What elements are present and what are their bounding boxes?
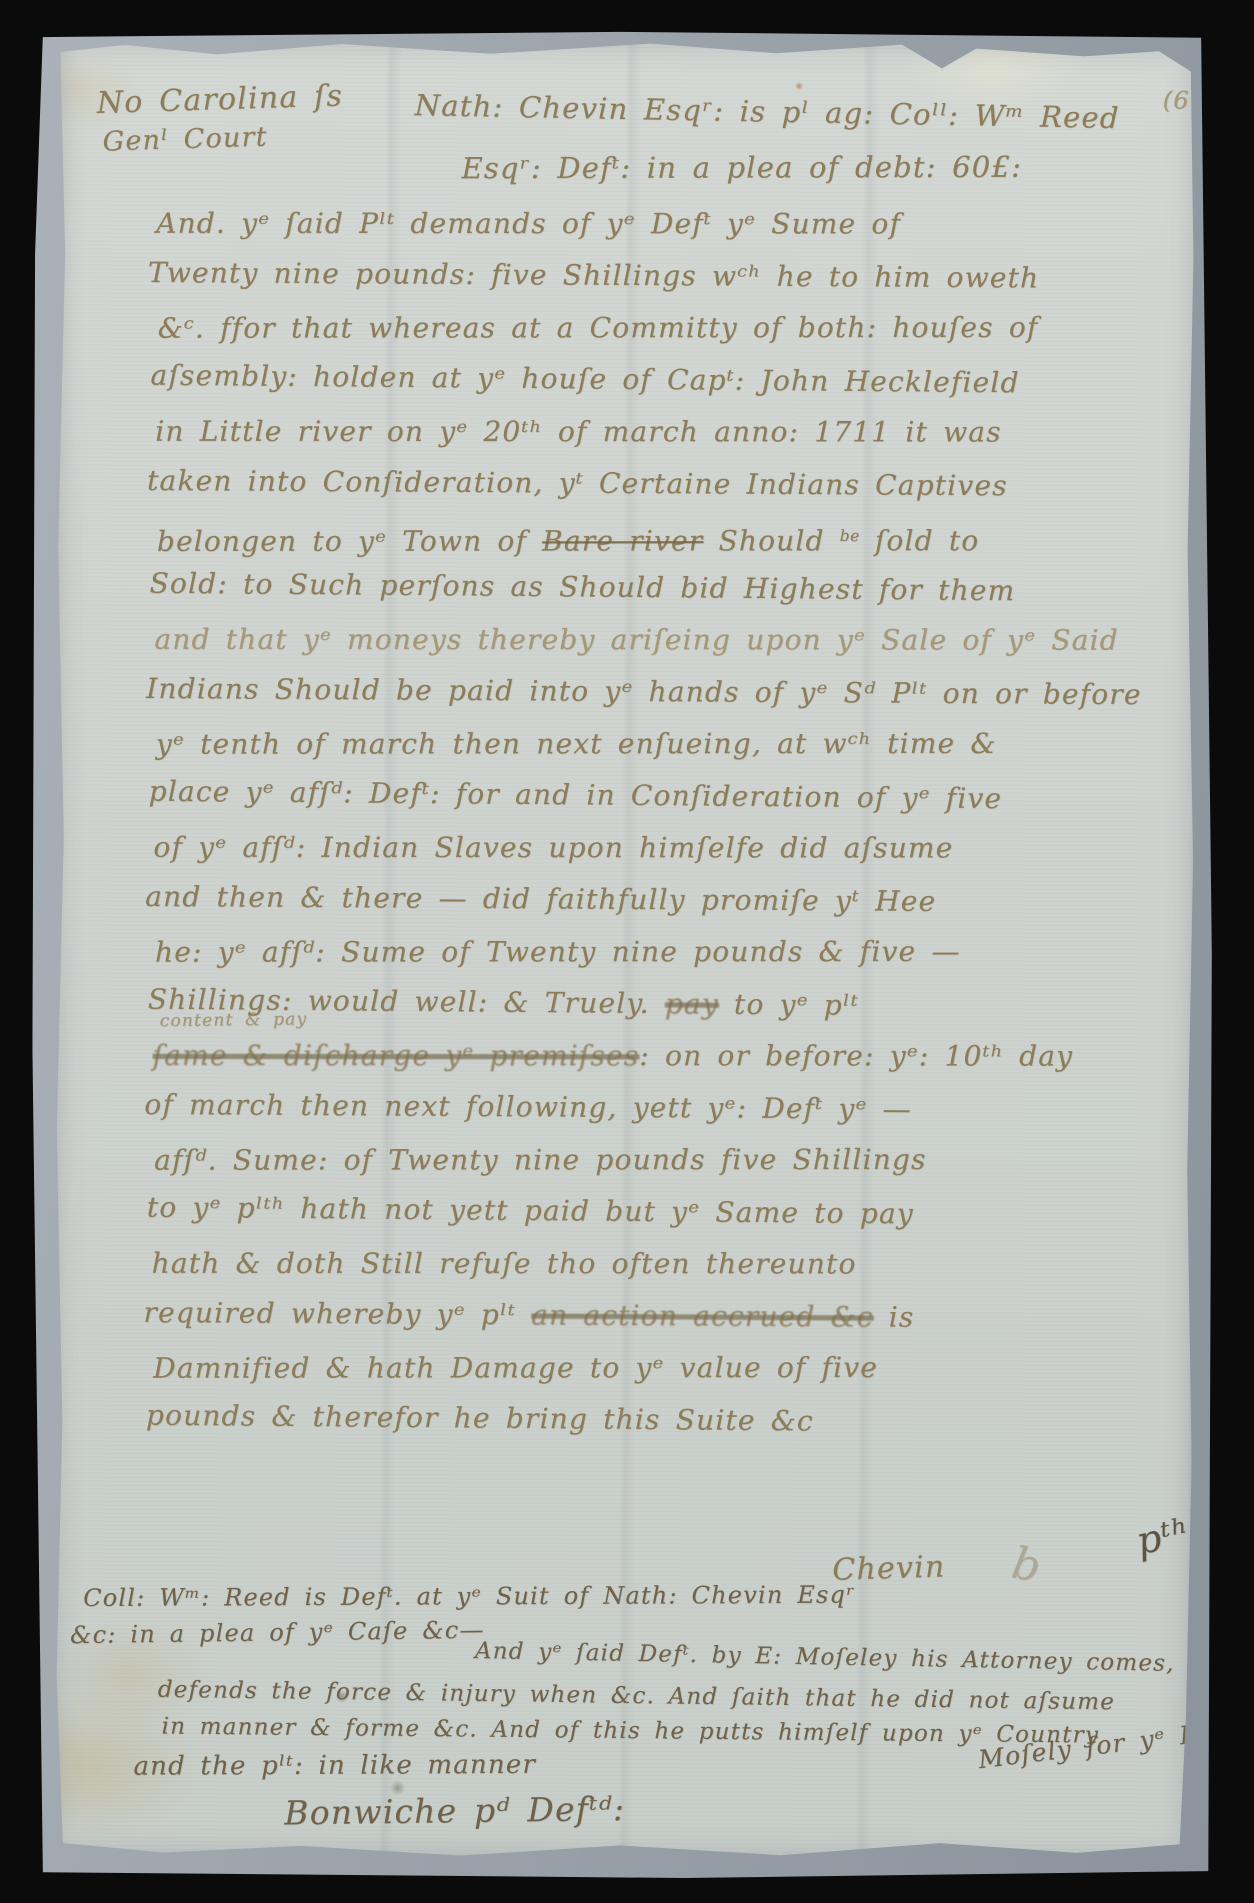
manuscript-line: of march then next following, yett yᵉ: D… [144,1079,1189,1137]
manuscript-text: Sold: to Such perſons as Should bid High… [149,567,1015,608]
manuscript-line: and that yᵉ moneys thereby ariſeing upon… [154,614,1199,667]
manuscript-line: Damnified & hath Damage to yᵉ value of f… [153,1342,1198,1395]
manuscript-text: required whereby yᵉ pˡᵗ [143,1296,531,1331]
manuscript-text: &ᶜ. ffor that whereas at a Committy of b… [158,311,1039,345]
manuscript-text: be [840,527,860,545]
manuscript-text: of yᵉ afſᵈ: Indian Slaves upon himſelfe … [153,831,953,865]
manuscript-text: afſᵈ. Sume: of Twenty nine pounds five S… [154,1143,927,1177]
docket-plea-line: &c: in a plea of yᵉ Caſe &c— [70,1616,485,1649]
manuscript-line: he: yᵉ afſᵈ: Sume of Twenty nine pounds … [155,926,1200,979]
struck-text: Bare river [542,524,703,557]
manuscript-text: is [873,1300,914,1333]
manuscript-text: of march then next following, yett yᵉ: D… [144,1088,912,1126]
manuscript-text: to yᵉ pˡᵗʰ hath not yett paid but yᵉ Sam… [147,1191,914,1231]
manuscript-text: And. yᵉ ſaid Pˡᵗ demands of yᵉ Defᵗ yᵉ S… [156,207,901,241]
manuscript-text: and that yᵉ moneys thereby ariſeing upon… [154,623,1118,657]
manuscript-text: Indians Should be paid into yᵉ hands of … [146,672,1142,711]
manuscript-text: in Little river on yᵉ 20ᵗʰ of march anno… [155,415,1002,449]
manuscript-text: : on or before: yᵉ: 10ᵗʰ day [639,1039,1073,1072]
header-court: Genˡ Court [102,122,268,158]
docket-defends-line: defends the force & injury when &c. And … [158,1677,1116,1716]
manuscript-line: in Little river on yᵉ 20ᵗʰ of march anno… [155,406,1200,459]
docket-answer-line: And yᵉ ſaid Defᵗ. by E: Moſeley his Atto… [475,1638,1236,1678]
manuscript-line: hath & doth Still refuſe tho often there… [152,1238,1197,1291]
clerk-endorsement: Bonwiche pᵈ Defᵗᵈ: [284,1789,625,1832]
manuscript-text: taken into Conſideration, yᵗ Certaine In… [147,464,1008,502]
manuscript-text: he: yᵉ afſᵈ: Sume of Twenty nine pounds … [155,935,961,969]
body-text: content & pay And. yᵉ ſaid Pˡᵗ demands o… [146,196,1196,1449]
manuscript-text: ſold to [860,524,980,557]
manuscript-line: Indians Should be paid into yᵉ hands of … [146,663,1191,721]
manuscript-text: Shillings: would well: & Truely. [148,983,665,1021]
manuscript-line: of yᵉ afſᵈ: Indian Slaves upon himſelfe … [153,822,1198,875]
manuscript-line: &ᶜ. ffor that whereas at a Committy of b… [158,302,1203,355]
manuscript-text: aſsembly: holden at yᵉ houſe of Capᵗ: Jo… [150,359,1019,400]
docket-reed-line: Coll: Wᵐ: Reed is Defᵗ. at yᵉ Suit of Na… [83,1581,856,1612]
manuscript-line: and then & there — did faithfully promiſ… [145,871,1190,929]
manuscript-text: and then & there — did faithfully promiſ… [145,880,936,918]
manuscript-text: Twenty nine pounds: five Shillings wᶜʰ h… [148,256,1040,294]
struck-text: pay [665,987,719,1020]
manuscript-page: No Carolina ſs Genˡ Court Nath: Chevin E… [49,36,1199,1863]
manuscript-line: ſame & diſcharge yᵉ premiſses: on or bef… [153,1030,1198,1083]
clerk-mark: pᵗʰ [1133,1509,1195,1563]
manuscript-line: required whereby yᵉ pˡᵗ an action accrue… [143,1287,1188,1345]
manuscript-text: yᵉ tenth of march then next enſueing, at… [156,727,997,761]
manuscript-line: Shillings: would well: & Truely. pay to … [148,974,1193,1035]
page-number: (6 [1163,86,1190,114]
manuscript-text: Damnified & hath Damage to yᵉ value of f… [153,1351,878,1385]
manuscript-line: place yᵉ afſᵈ: Defᵗ: for and in Conſider… [148,766,1193,827]
docket-manner-line: in manner & forme &c. And of this he put… [161,1714,1099,1749]
photo-background: No Carolina ſs Genˡ Court Nath: Chevin E… [0,0,1254,1903]
case-caption-line2: Esqʳ: Defᵗ: in a plea of debt: 60£: [461,150,1022,185]
manuscript-line: Twenty nine pounds: five Shillings wᶜʰ h… [148,247,1193,305]
manuscript-line: aſsembly: holden at yᵉ houſe of Capᵗ: Jo… [150,350,1195,411]
struck-text: ſame & diſcharge yᵉ premiſses [153,1039,640,1072]
header-region: No Carolina ſs [96,78,343,121]
manuscript-line: taken into Conſideration, yᵗ Certaine In… [147,455,1192,513]
manuscript-text: pounds & therefor he bring this Suite &c [146,1399,814,1438]
case-caption-line1: Nath: Chevin Esqʳ: is pˡ ag: Coˡˡ: Wᵐ Re… [414,88,1119,135]
manuscript-text: place yᵉ afſᵈ: Defᵗ: for and in Conſider… [149,775,1003,815]
manuscript-line: afſᵈ. Sume: of Twenty nine pounds five S… [154,1134,1199,1187]
manuscript-line: Sold: to Such perſons as Should bid High… [149,558,1194,619]
struck-text: an action accrued &c [531,1298,874,1333]
docket-plaintiff-joinder: and the pˡᵗ: in like manner [133,1750,536,1782]
flourish-mark: b [1008,1538,1046,1593]
manuscript-line: And. yᵉ ſaid Pˡᵗ demands of yᵉ Defᵗ yᵉ S… [156,198,1201,251]
manuscript-text: hath & doth Still refuſe tho often there… [152,1247,857,1281]
manuscript-line: pounds & therefor he bring this Suite &c [146,1390,1191,1451]
manuscript-line: to yᵉ pˡᵗʰ hath not yett paid but yᵉ Sam… [147,1182,1192,1243]
manuscript-text: Should [703,524,839,557]
manuscript-text: belongen to yᵉ Town of [157,525,542,558]
manuscript-line: yᵉ tenth of march then next enſueing, at… [156,718,1201,771]
manuscript-text: to yᵉ pˡᵗ [719,988,859,1022]
manuscript-line: belongen to yᵉ Town of Bare river Should… [157,510,1202,563]
